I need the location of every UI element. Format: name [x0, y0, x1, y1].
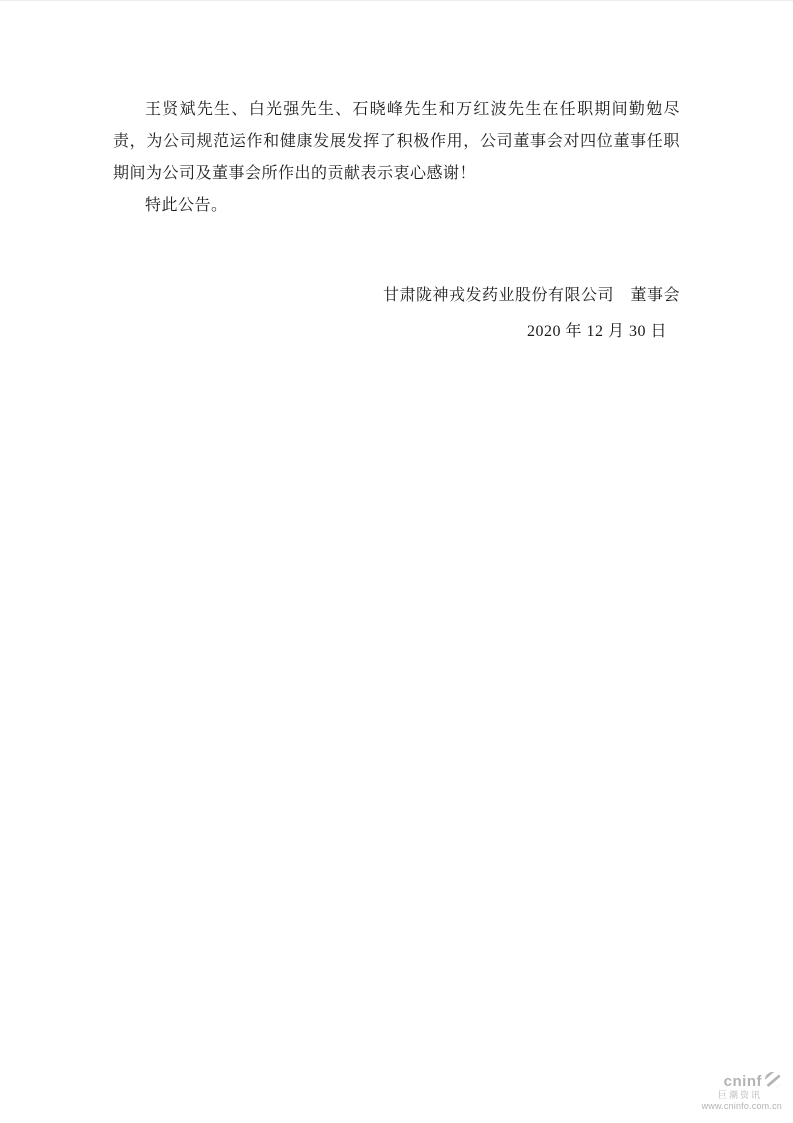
cninfo-url-text: www.cninfo.com.cn [702, 1102, 782, 1111]
signature-company-line: 甘肃陇神戎发药业股份有限公司 董事会 [113, 278, 680, 314]
closing-line: 特此公告。 [113, 190, 680, 222]
cninfo-brand-chinese: 巨潮资讯 [702, 1091, 782, 1100]
cninfo-watermark: cninf 巨潮资讯 www.cninfo.com.cn [702, 1074, 782, 1111]
document-page: 王贤斌先生、白光强先生、石晓峰先生和万红波先生在任职期间勤勉尽责，为公司规范运作… [0, 0, 793, 1123]
signature-date-line: 2020 年 12 月 30 日 [113, 314, 680, 350]
announcement-body: 王贤斌先生、白光强先生、石晓峰先生和万红波先生在任职期间勤勉尽责，为公司规范运作… [113, 94, 680, 222]
signature-block: 甘肃陇神戎发药业股份有限公司 董事会 2020 年 12 月 30 日 [113, 278, 680, 350]
cninfo-brand-row: cninf [702, 1074, 782, 1089]
cninfo-brand-text: cninf [724, 1074, 762, 1089]
body-paragraph: 王贤斌先生、白光强先生、石晓峰先生和万红波先生在任职期间勤勉尽责，为公司规范运作… [113, 94, 680, 190]
cninfo-swirl-icon [764, 1071, 782, 1089]
